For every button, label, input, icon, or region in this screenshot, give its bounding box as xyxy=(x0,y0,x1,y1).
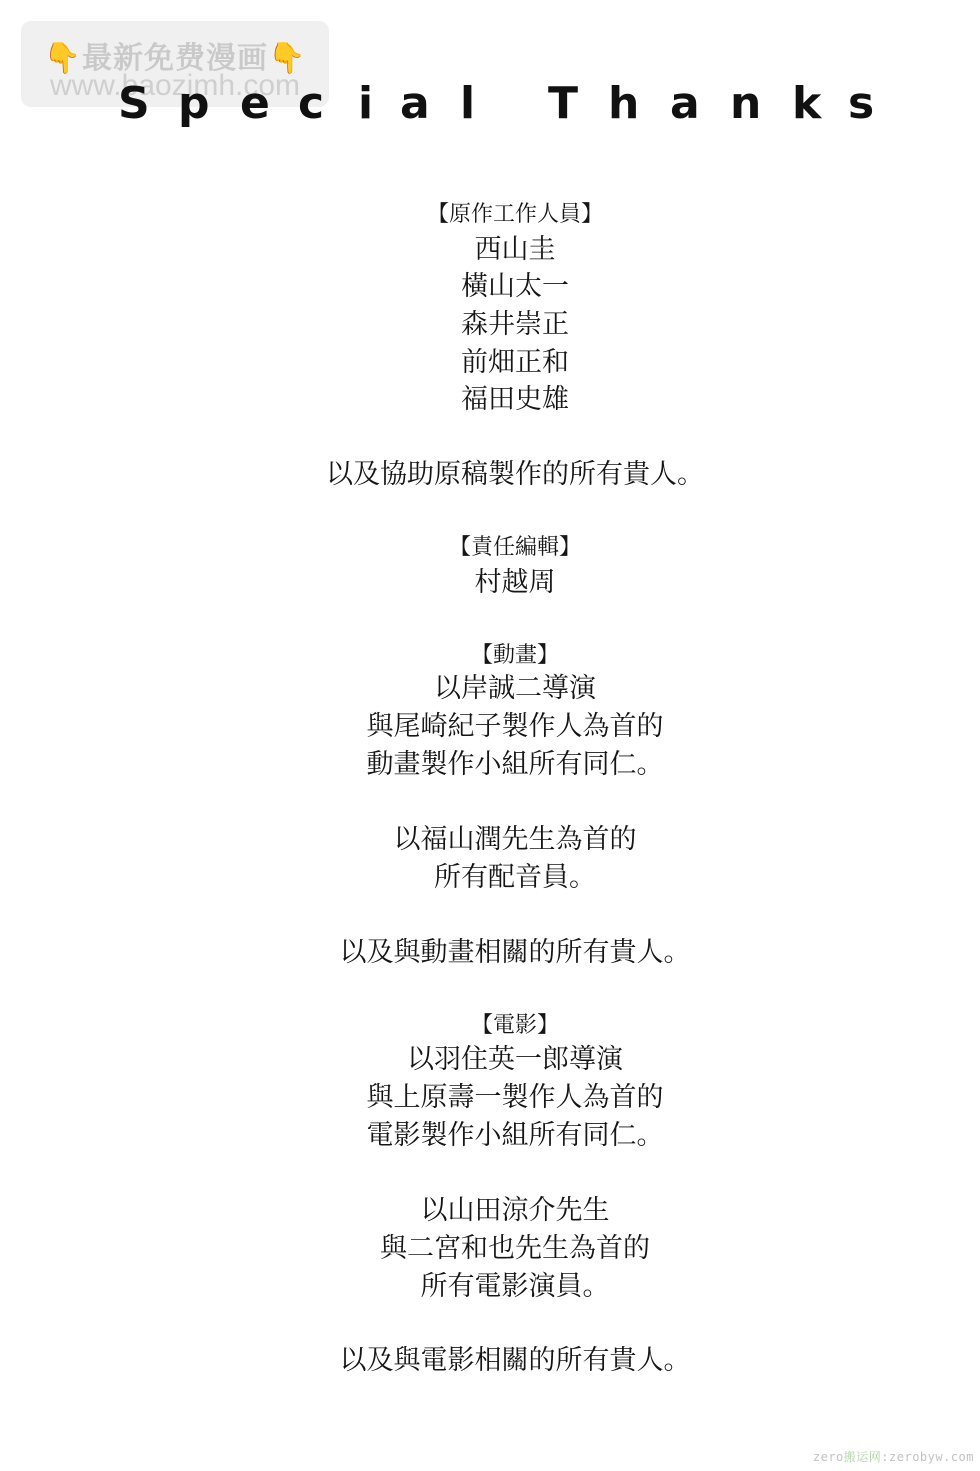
section-heading-editor: 【責任編輯】 xyxy=(0,529,980,567)
title-letter: a xyxy=(400,78,430,129)
watermark-footer-cn: 搬运网 xyxy=(844,1450,882,1464)
credit-text: 電影製作小組所有同仁。 xyxy=(0,1117,980,1155)
title-letter: s xyxy=(848,78,874,129)
title-letter: h xyxy=(608,78,639,129)
title-letter: p xyxy=(178,78,210,129)
title-letter: i xyxy=(358,78,373,129)
credit-text: 以及協助原稿製作的所有貴人。 xyxy=(0,456,980,494)
watermark-footer-suffix: :zerobyw.com xyxy=(881,1450,974,1464)
credit-name: 前畑正和 xyxy=(0,344,980,382)
credit-name: 橫山太一 xyxy=(0,268,980,306)
credit-text: 以羽住英一郎導演 xyxy=(0,1041,980,1079)
credit-name: 西山圭 xyxy=(0,231,980,269)
credit-text: 與尾崎紀子製作人為首的 xyxy=(0,708,980,746)
title-letter: k xyxy=(792,78,821,129)
title-letter: n xyxy=(730,78,761,129)
credit-text: 以及與電影相關的所有貴人。 xyxy=(0,1342,980,1380)
credit-name: 村越周 xyxy=(0,564,980,602)
credit-text: 以福山潤先生為首的 xyxy=(0,821,980,859)
credit-text: 以及與動畫相關的所有貴人。 xyxy=(0,934,980,972)
title-letter: l xyxy=(460,78,475,129)
watermark-footer-prefix: zero xyxy=(813,1450,844,1464)
credit-name: 森井崇正 xyxy=(0,306,980,344)
section-heading-original-staff: 【原作工作人員】 xyxy=(0,196,980,234)
credit-text: 所有電影演員。 xyxy=(0,1268,980,1306)
section-heading-movie: 【電影】 xyxy=(0,1007,980,1045)
credit-text: 以岸誠二導演 xyxy=(0,670,980,708)
credit-name: 福田史雄 xyxy=(0,381,980,419)
title-letter: c xyxy=(298,78,324,129)
credit-text: 以山田涼介先生 xyxy=(0,1192,980,1230)
credit-text: 所有配音員。 xyxy=(0,859,980,897)
title-letter: a xyxy=(670,78,700,129)
credit-text: 與二宮和也先生為首的 xyxy=(0,1230,980,1268)
credit-text: 與上原壽一製作人為首的 xyxy=(0,1079,980,1117)
title-letter: e xyxy=(240,78,270,129)
watermark-footer: zero搬运网:zerobyw.com xyxy=(813,1448,974,1465)
credit-text: 動畫製作小組所有同仁。 xyxy=(0,746,980,784)
title-letter: T xyxy=(548,78,578,129)
title-letter: S xyxy=(118,78,150,129)
